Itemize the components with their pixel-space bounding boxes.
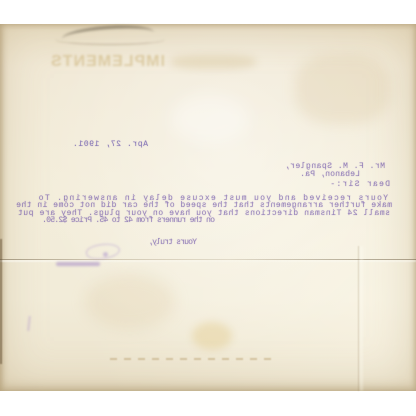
- salutation-line: Dear Sir:-: [329, 180, 390, 189]
- mirrored-bleedthrough-layer: IMPLEMENTS Apr. 27, 1901. Mr. F. M. Span…: [0, 0, 416, 416]
- paper-sheet: IMPLEMENTS Apr. 27, 1901. Mr. F. M. Span…: [0, 24, 416, 391]
- recipient-place-line: Lebanon, Pa.: [300, 170, 360, 179]
- letter-date: Apr. 27, 1901.: [72, 140, 148, 149]
- body-line-4: on the runners from 42 to 45. Price $2.5…: [43, 216, 215, 225]
- ghost-letterhead-smudge: [171, 55, 256, 69]
- closing-line: Yours truly,: [149, 238, 197, 247]
- ghost-letterhead-text: IMPLEMENTS: [50, 53, 165, 71]
- scanned-letter-page: IMPLEMENTS Apr. 27, 1901. Mr. F. M. Span…: [0, 0, 416, 416]
